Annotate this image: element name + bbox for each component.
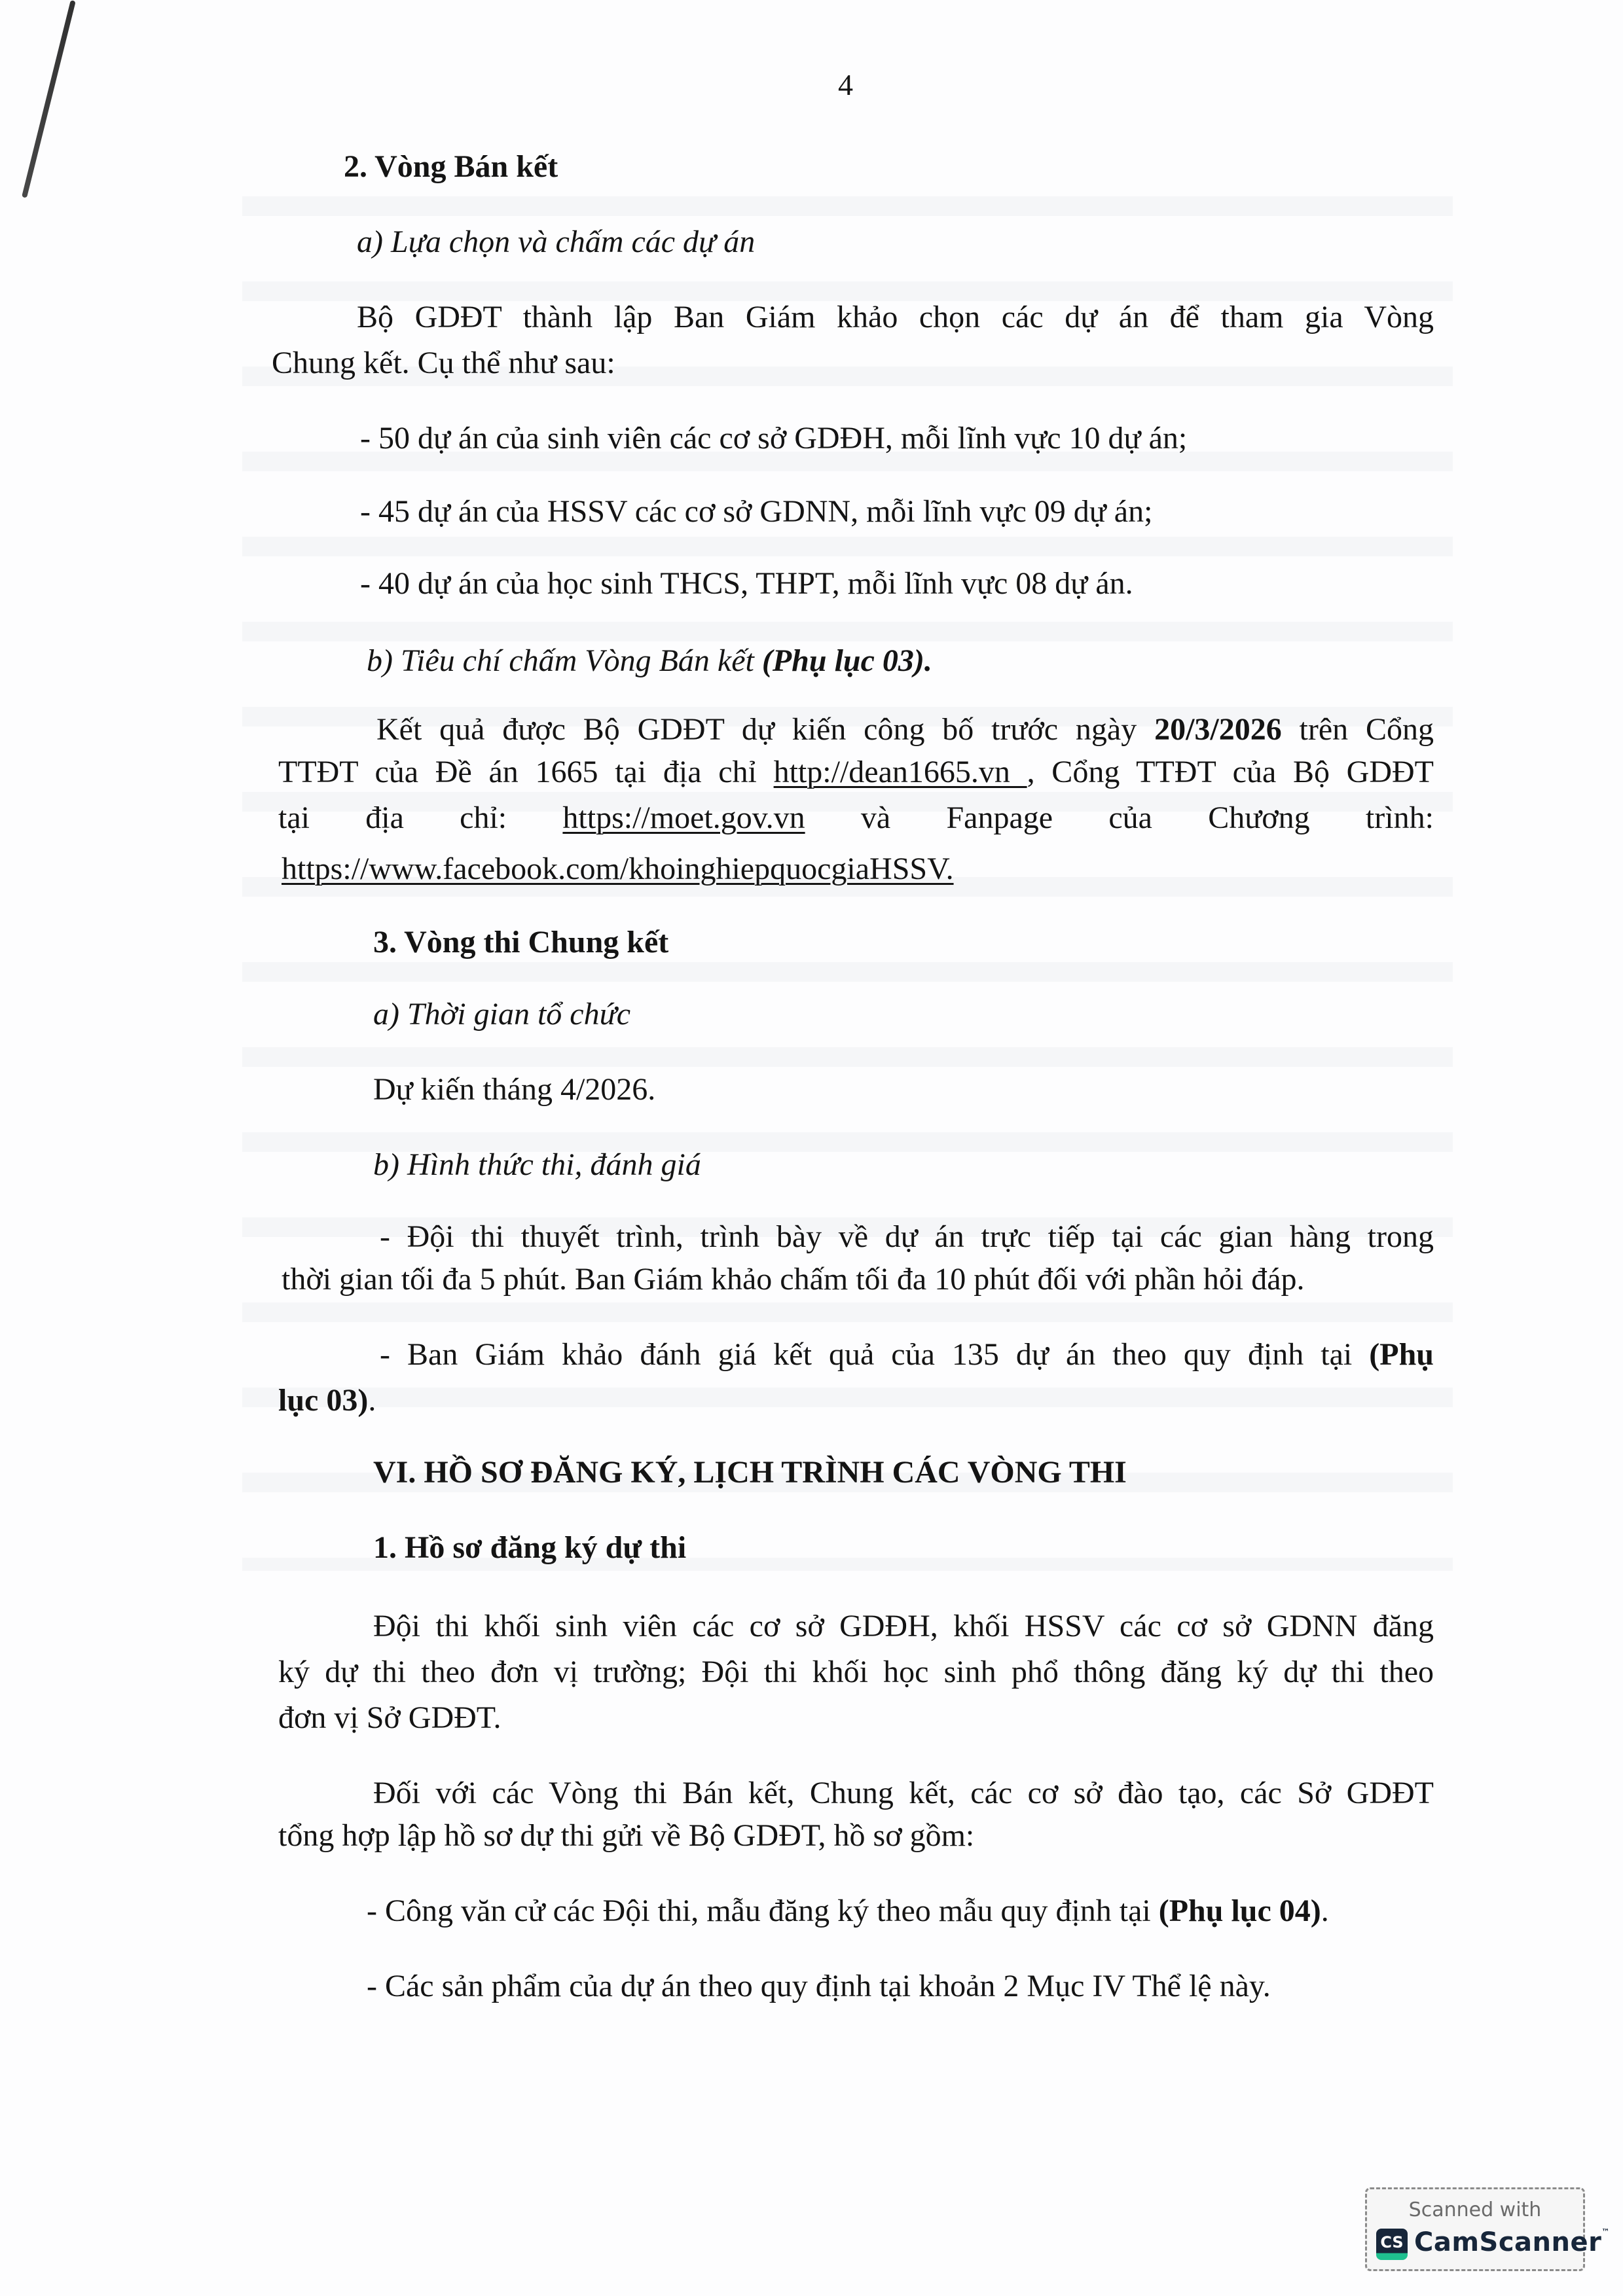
- watermark-brand: CamScanner™: [1414, 2227, 1610, 2257]
- camscanner-logo-icon: CS: [1376, 2229, 1408, 2260]
- appendix-03-ref: (Phụ lục 03).: [762, 643, 932, 678]
- result-date: 20/3/2026: [1154, 712, 1282, 747]
- p2-text: - Ban Giám khảo đánh giá kết quả của 135…: [380, 1337, 1369, 1372]
- item1-text: - Công văn cử các Đội thi, mẫu đăng ký t…: [367, 1893, 1159, 1928]
- bullet-thcs-thpt: - 40 dự án của học sinh THCS, THPT, mỗi …: [360, 564, 1133, 603]
- section-vi-item2: - Các sản phẩm của dự án theo quy định t…: [367, 1967, 1271, 2006]
- section-vi-p2-line2: tổng hợp lập hồ sơ dự thi gửi về Bộ GDĐT…: [278, 1816, 974, 1856]
- section-2-sub-a: a) Lựa chọn và chấm các dự án: [357, 223, 755, 262]
- section-vi-item1: - Công văn cử các Đội thi, mẫu đăng ký t…: [367, 1892, 1329, 1931]
- appendix-ref-start: (Phụ: [1369, 1337, 1434, 1372]
- section-vi-p1-line2: ký dự thi theo đơn vị trường; Đội thi kh…: [278, 1653, 1434, 1692]
- word: trình:: [1366, 798, 1434, 838]
- dean1665-link[interactable]: http://dean1665.vn: [774, 755, 1027, 789]
- result-line2: TTĐT của Đề án 1665 tại địa chỉ http://d…: [278, 753, 1434, 792]
- sub-b-text: b) Tiêu chí chấm Vòng Bán kết: [367, 643, 762, 678]
- scan-edge-mark: [22, 0, 76, 198]
- section-2-intro-line2: Chung kết. Cụ thể như sau:: [272, 344, 615, 383]
- result-line3: tại địa chỉ: https://moet.gov.vn và Fanp…: [278, 798, 1434, 838]
- appendix-04-ref: (Phụ lục 04): [1159, 1893, 1321, 1928]
- word: của: [1108, 798, 1152, 838]
- appendix-ref-end: lục 03): [278, 1383, 368, 1418]
- section-3-p2-line1: - Ban Giám khảo đánh giá kết quả của 135…: [380, 1335, 1434, 1374]
- bullet-gddh: - 50 dự án của sinh viên các cơ sở GDĐH,…: [360, 419, 1187, 458]
- section-2-sub-b: b) Tiêu chí chấm Vòng Bán kết (Phụ lục 0…: [367, 641, 932, 681]
- word: chỉ:: [460, 798, 507, 838]
- section-3-sub-b: b) Hình thức thi, đánh giá: [373, 1145, 701, 1185]
- word: Chương: [1208, 798, 1309, 838]
- word: địa: [365, 798, 404, 838]
- result-text-end: , Cổng TTĐT của Bộ GDĐT: [1027, 755, 1434, 789]
- camscanner-watermark: Scanned with CS CamScanner™: [1365, 2187, 1585, 2271]
- section-3-sub-a: a) Thời gian tổ chức: [373, 995, 630, 1034]
- word: tại: [278, 798, 310, 838]
- moet-link[interactable]: https://moet.gov.vn: [562, 798, 805, 838]
- brand-name: CamScanner: [1414, 2227, 1601, 2257]
- word: Fanpage: [946, 798, 1053, 838]
- section-3-p2-line2: lục 03).: [278, 1381, 376, 1420]
- section-vi-p1-line1: Đội thi khối sinh viên các cơ sở GDĐH, k…: [373, 1607, 1434, 1646]
- period: .: [368, 1383, 376, 1418]
- result-text: TTĐT của Đề án 1665 tại địa chỉ: [278, 755, 774, 789]
- section-vi-sub-1: 1. Hồ sơ đăng ký dự thi: [373, 1528, 686, 1568]
- result-text: Kết quả được Bộ GDĐT dự kiến công bố trư…: [376, 712, 1154, 747]
- section-2-intro-line1: Bộ GDĐT thành lập Ban Giám khảo chọn các…: [357, 298, 1434, 337]
- section-vi-p1-line3: đơn vị Sở GDĐT.: [278, 1698, 501, 1738]
- word: và: [861, 798, 890, 838]
- section-3-p1-line1: - Đội thi thuyết trình, trình bày về dự …: [380, 1217, 1434, 1257]
- result-text-end: trên Cổng: [1282, 712, 1434, 747]
- period: .: [1321, 1893, 1329, 1928]
- section-vi-p2-line1: Đối với các Vòng thi Bán kết, Chung kết,…: [373, 1774, 1434, 1813]
- result-line1: Kết quả được Bộ GDĐT dự kiến công bố trư…: [376, 710, 1434, 749]
- trademark: ™: [1601, 2227, 1610, 2236]
- section-vi-heading: VI. HỒ SƠ ĐĂNG KÝ, LỊCH TRÌNH CÁC VÒNG T…: [373, 1453, 1127, 1492]
- bullet-gdnn: - 45 dự án của HSSV các cơ sở GDNN, mỗi …: [360, 492, 1152, 531]
- section-3-time: Dự kiến tháng 4/2026.: [373, 1070, 655, 1109]
- watermark-caption: Scanned with: [1367, 2198, 1583, 2221]
- section-2-heading: 2. Vòng Bán kết: [344, 147, 558, 187]
- facebook-link[interactable]: https://www.facebook.com/khoinghiepquocg…: [282, 850, 954, 889]
- section-3-p1-line2: thời gian tối đa 5 phút. Ban Giám khảo c…: [282, 1260, 1305, 1299]
- page-number: 4: [838, 65, 853, 105]
- section-3-heading: 3. Vòng thi Chung kết: [373, 923, 668, 962]
